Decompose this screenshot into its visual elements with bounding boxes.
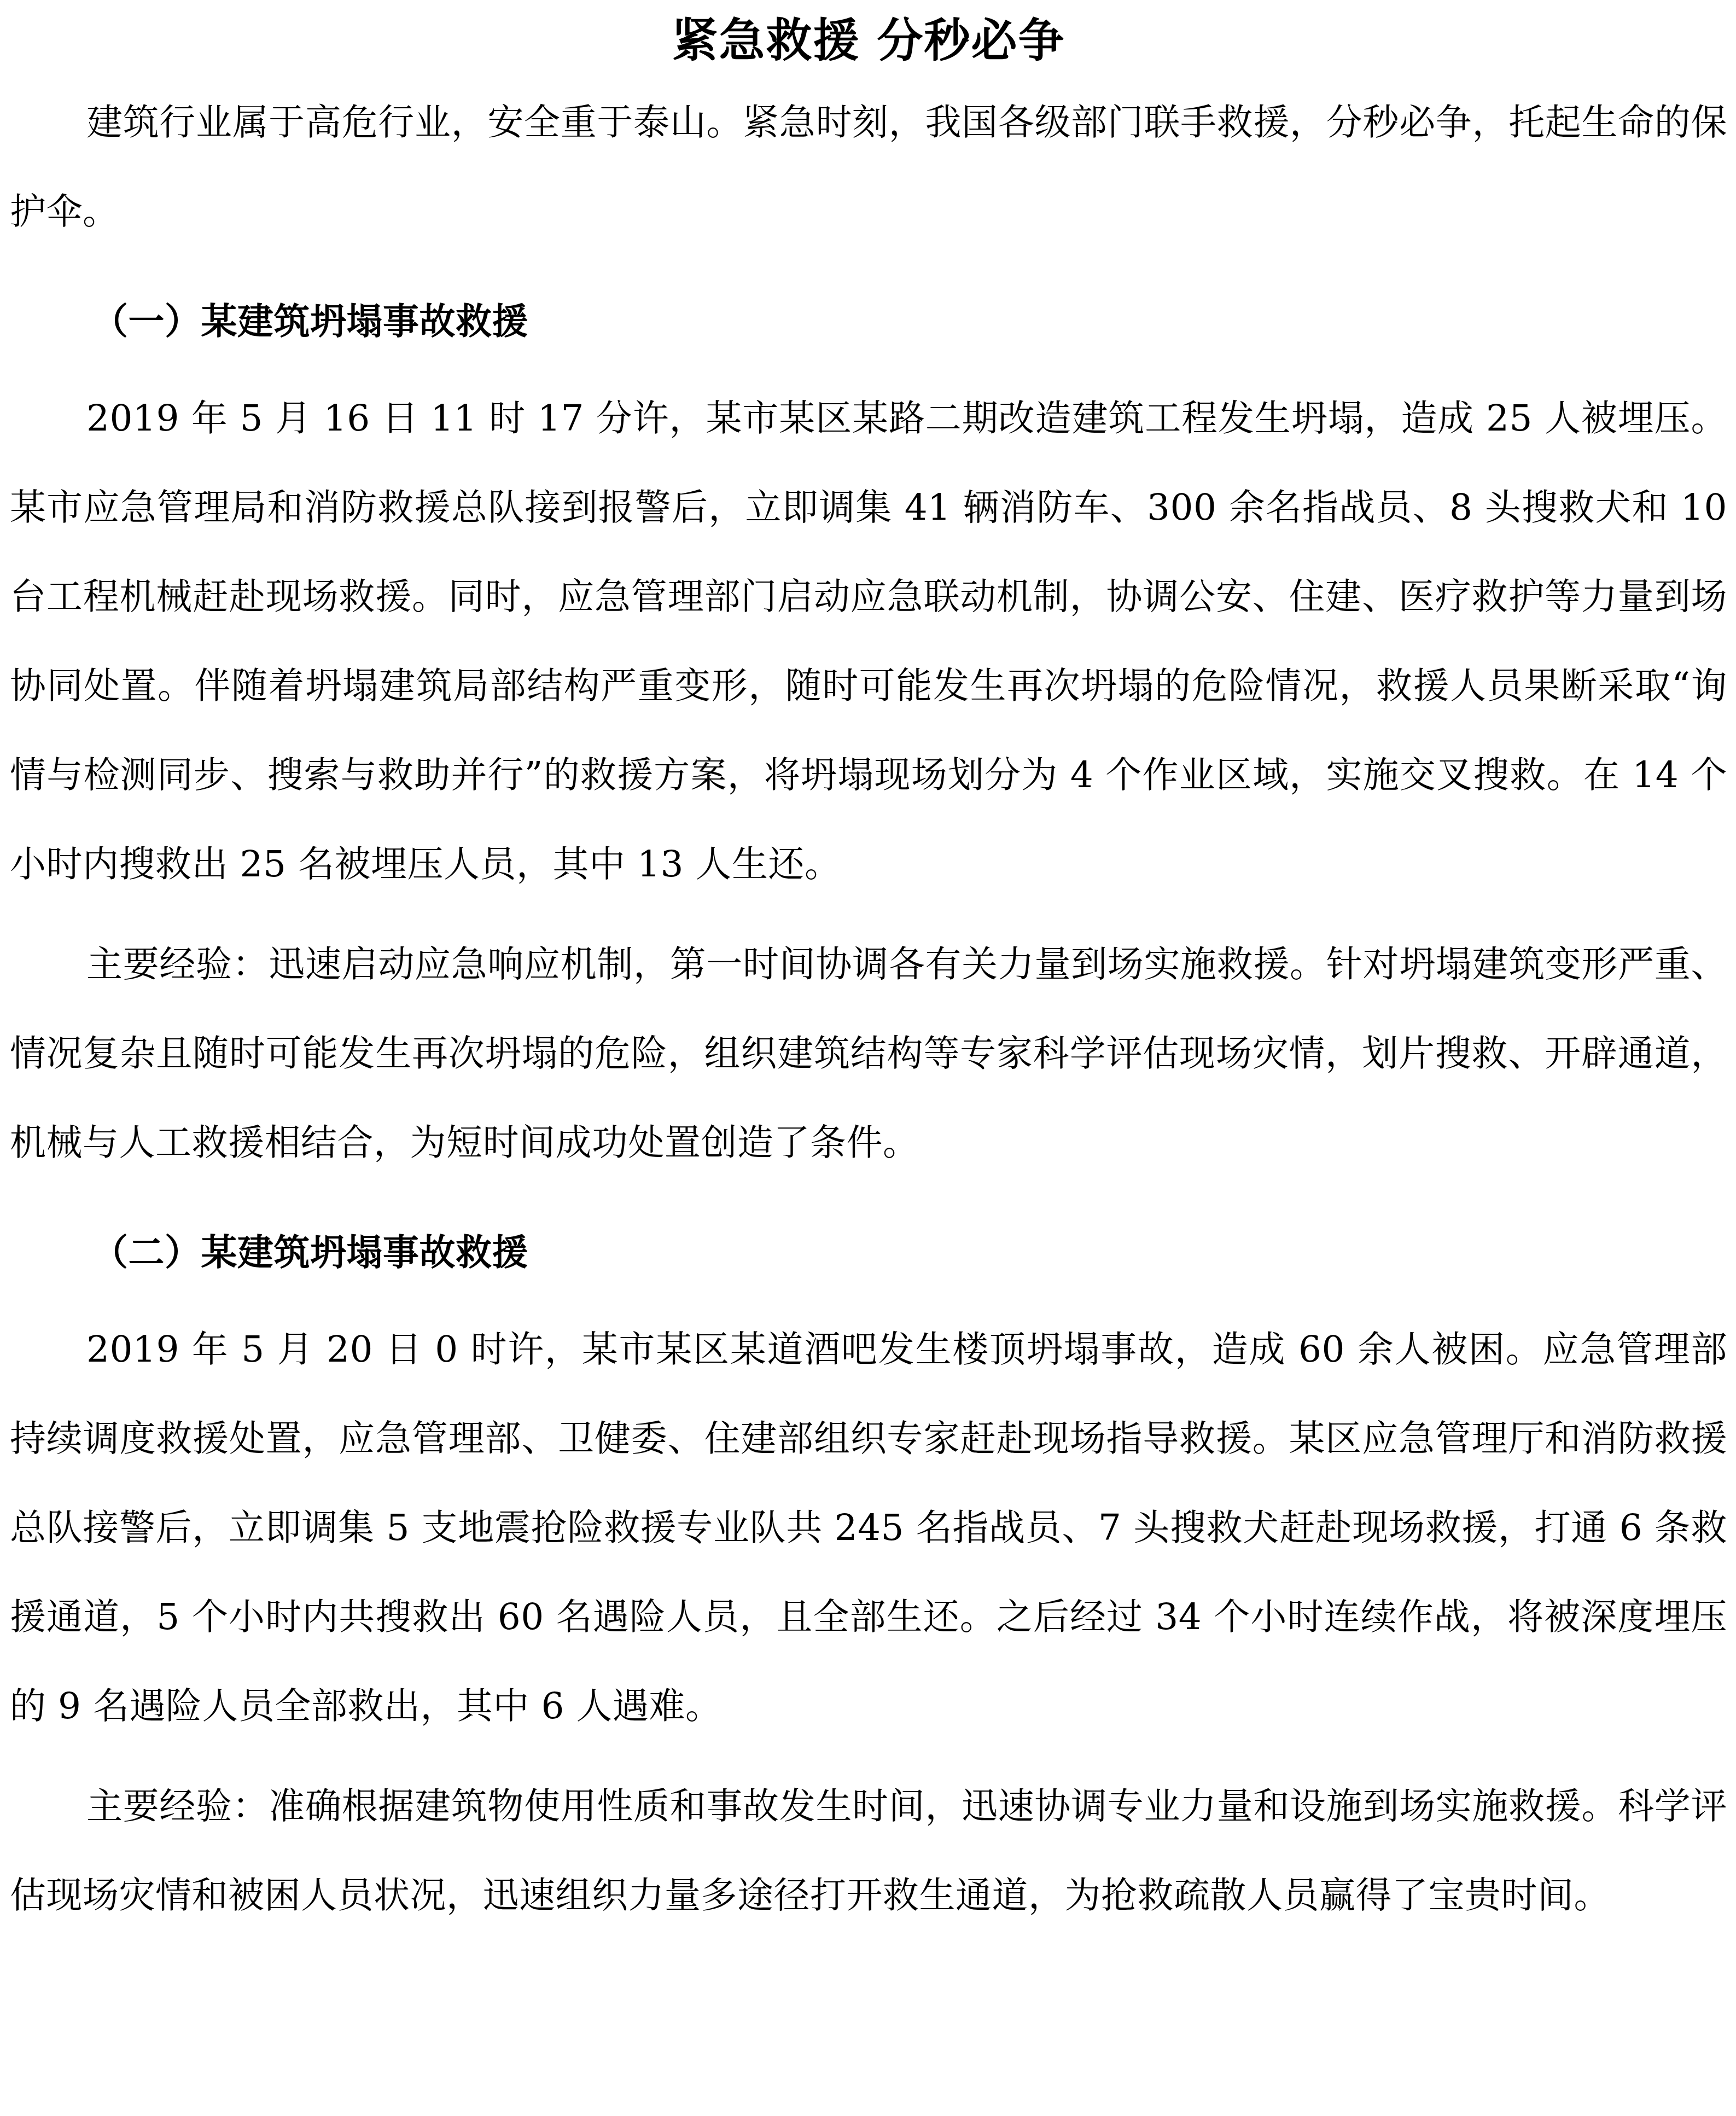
spacer (10, 909, 1727, 920)
section-experience-paragraph: 主要经验：准确根据建筑物使用性质和事故发生时间，迅速协调专业力量和设施到场实施救… (10, 1762, 1727, 1940)
spacer (10, 1187, 1727, 1201)
section-experience-paragraph: 主要经验：迅速启动应急响应机制，第一时间协调各有关力量到场实施救援。针对坍塌建筑… (10, 920, 1727, 1187)
section-body-paragraph: 2019 年 5 月 16 日 11 时 17 分许，某市某区某路二期改造建筑工… (10, 374, 1727, 909)
section-heading: （二）某建筑坍塌事故救援 (10, 1201, 1727, 1305)
section-heading: （一）某建筑坍塌事故救援 (10, 270, 1727, 374)
spacer (10, 256, 1727, 270)
document-page: 紧急救援 分秒必争 建筑行业属于高危行业，安全重于泰山。紧急时刻，我国各级部门联… (10, 0, 1727, 1940)
section-1: （一）某建筑坍塌事故救援 2019 年 5 月 16 日 11 时 17 分许，… (10, 270, 1727, 1187)
spacer (10, 1751, 1727, 1762)
section-body-paragraph: 2019 年 5 月 20 日 0 时许，某市某区某道酒吧发生楼顶坍塌事故，造成… (10, 1305, 1727, 1751)
document-title: 紧急救援 分秒必争 (10, 0, 1727, 73)
intro-paragraph: 建筑行业属于高危行业，安全重于泰山。紧急时刻，我国各级部门联手救援，分秒必争，托… (10, 78, 1727, 256)
section-2: （二）某建筑坍塌事故救援 2019 年 5 月 20 日 0 时许，某市某区某道… (10, 1201, 1727, 1940)
